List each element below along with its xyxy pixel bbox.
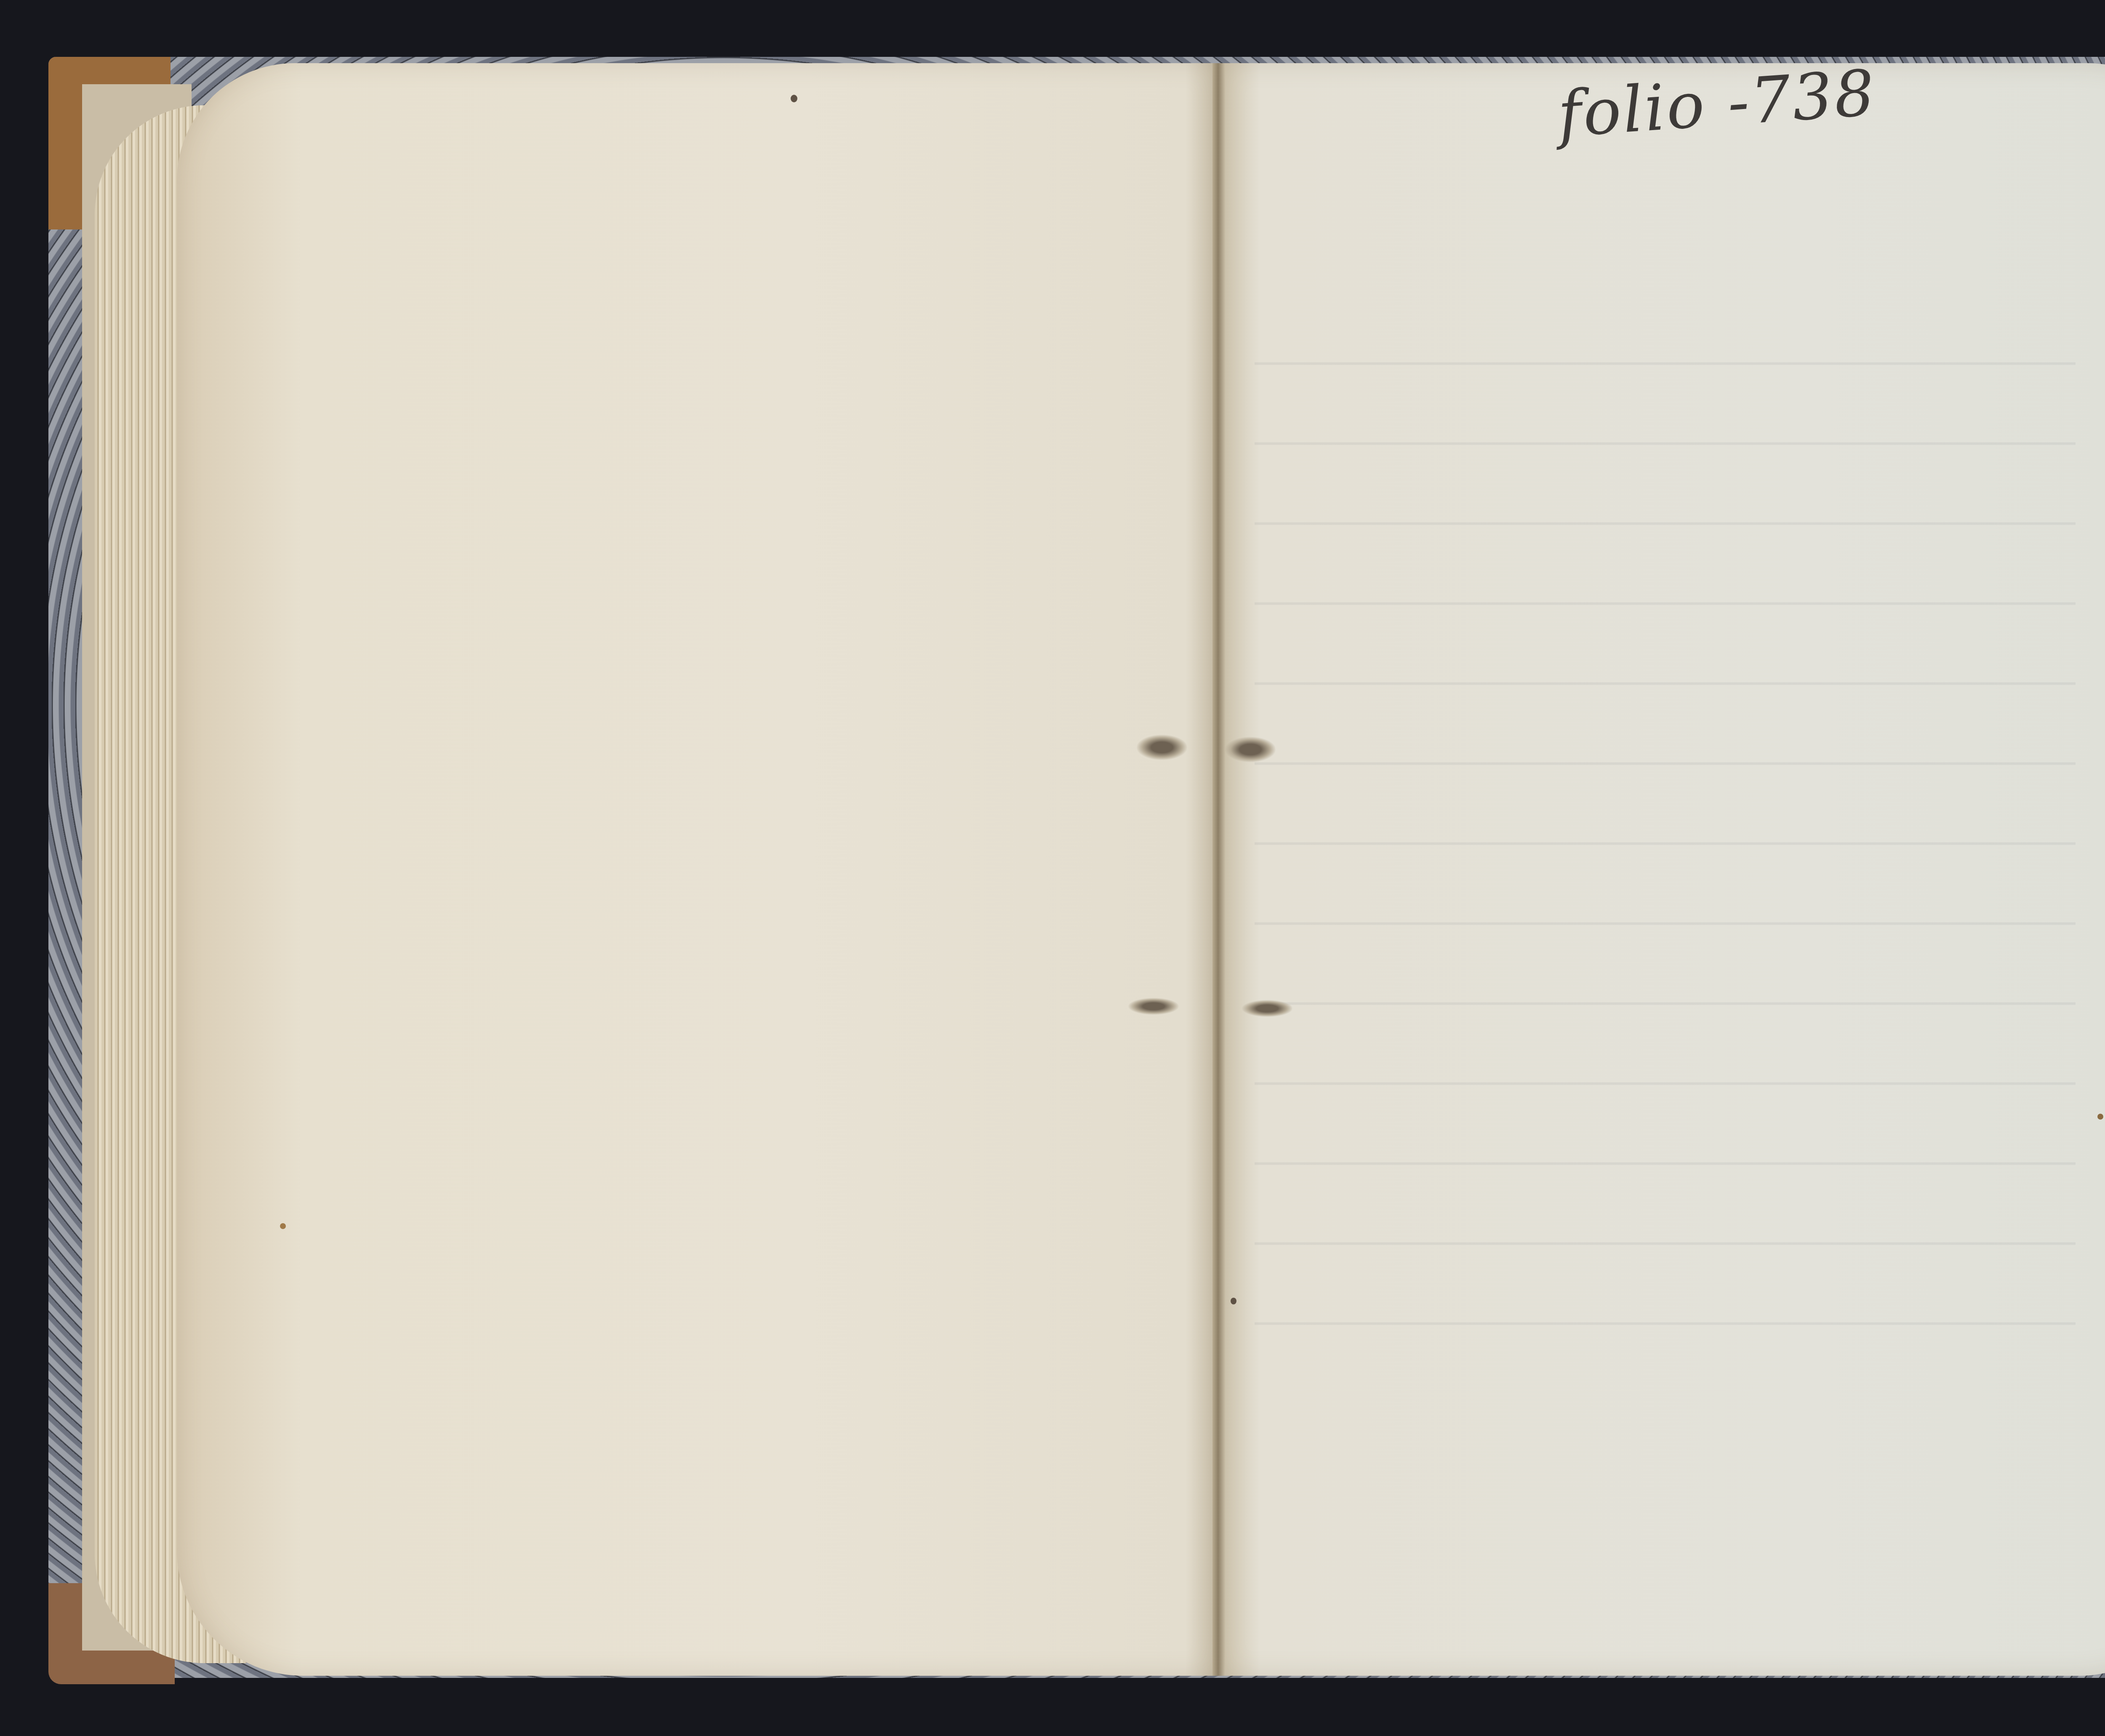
stitch-hole-upper-right xyxy=(1225,737,1276,762)
foxing-spot xyxy=(2097,1114,2103,1120)
stitch-hole-lower-left xyxy=(1128,998,1179,1015)
stitch-hole-lower-right xyxy=(1242,1000,1292,1017)
stitch-hole-upper-left xyxy=(1137,735,1187,760)
show-through-script xyxy=(1255,295,2076,1389)
foxing-spot xyxy=(280,1223,286,1229)
ink-spot xyxy=(791,95,797,102)
book-gutter xyxy=(1212,63,1225,1676)
left-page xyxy=(177,63,1217,1676)
ink-spot xyxy=(1231,1298,1236,1304)
